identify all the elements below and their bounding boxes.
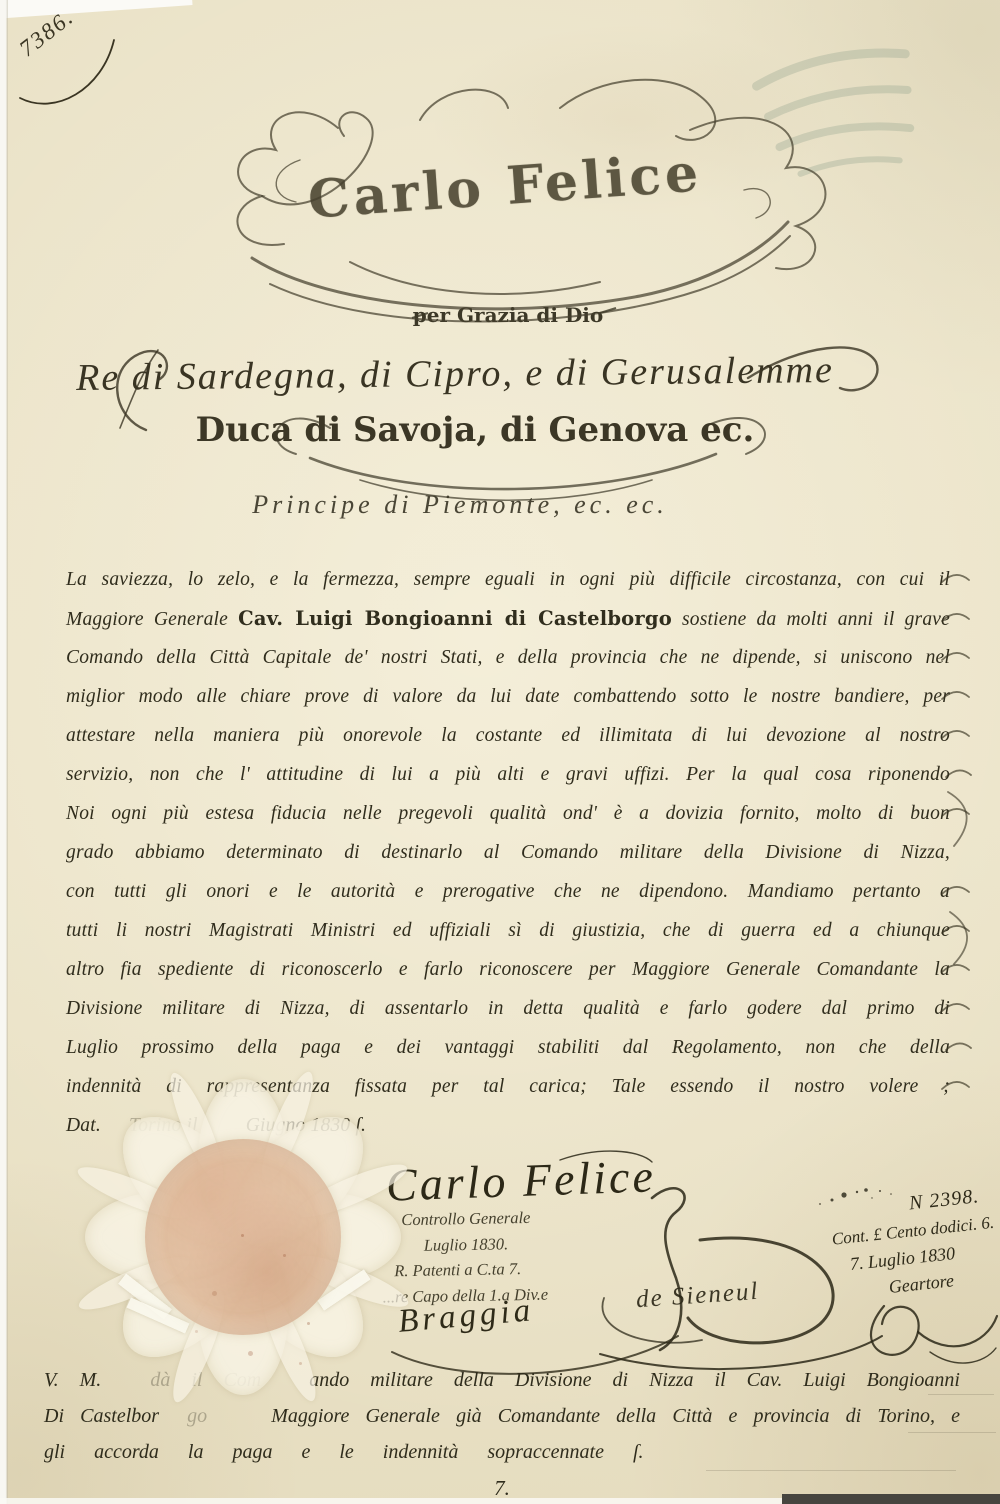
control-note-line: Luglio 1830. [424,1230,548,1258]
royal-titles-line2: Duca di Savoja, di Genova ec. [60,410,890,450]
body-line: miglior modo alle chiare prove di valore… [66,677,950,716]
clerk-flourish-signature [871,1306,997,1363]
registration-block: N 2398. Cont. £ Cento dodici. 6. 7. Lugl… [753,1182,1000,1314]
wax-disc [145,1139,341,1335]
body-line: La saviezza, lo zelo, e la fermezza, sem… [66,560,950,599]
body-line-segment: sostiene da molti anni il grave [672,609,950,630]
scanned-royal-decree: 7386. Carlo Felice per Grazia di Dio Re … [0,0,1000,1504]
body-line: servizio, non che l' attitudine di lui a… [66,755,950,794]
embossed-paper-seal [78,1072,408,1402]
apostille-line: gli accorda la paga e le indennità sopra… [44,1434,960,1470]
body-line: grado abbiamo determinato di destinarlo … [66,833,950,872]
margin-curl-marks [948,792,967,964]
scan-edge-left [0,0,8,1504]
control-note-line: R. Patenti a C.ta 7. [394,1256,548,1284]
royal-titles-line3: Principe di Piemonte, ec. ec. [60,490,860,520]
apostille-segment: Maggiore Generale già Comandante della C… [255,1405,960,1427]
scan-corner-artifact [0,0,193,19]
document-title: Carlo Felice [184,134,827,239]
body-line: Luglio prossimo della paga e dei vantagg… [66,1028,950,1067]
royal-signature: Carlo Felice [385,1149,656,1211]
body-line-segment: Maggiore Generale [66,609,238,630]
grace-line: per Grazia di Dio [8,303,1000,327]
body-line: altro fia spediente di riconoscerlo e fa… [66,950,950,989]
apostille-hidden-text: go [159,1405,255,1427]
apostille-segment: Di Castelbor [44,1405,159,1427]
body-line: Divisione militare di Nizza, di assentar… [66,989,950,1028]
scan-edge-bottom [0,1498,800,1504]
body-line: Maggiore Generale Cav. Luigi Bongioanni … [66,599,950,638]
control-note-line: Controllo Generale [401,1205,547,1233]
body-line: attestare nella maniera più onorevole la… [66,716,950,755]
scan-edge-bottom-dark [782,1494,1000,1504]
officer-name: Cav. Luigi Bongioanni di Castelborgo [238,607,672,630]
body-line: tutti li nostri Magistrati Ministri ed u… [66,911,950,950]
body-line: Noi ogni più estesa fiducia nelle pregev… [66,794,950,833]
decree-body: La saviezza, lo zelo, e la fermezza, sem… [66,560,950,1145]
body-line: con tutti gli onori e le autorità e prer… [66,872,950,911]
countersignature: de Sieneul [635,1278,760,1315]
wax-speckles [241,1234,244,1237]
apostille-line: Di Castelborgo Maggiore Generale già Com… [44,1398,960,1434]
body-line: Comando della Città Capitale de' nostri … [66,638,950,677]
royal-titles-line1: Re di Sardegna, di Cipro, e di Gerusalem… [55,348,855,400]
